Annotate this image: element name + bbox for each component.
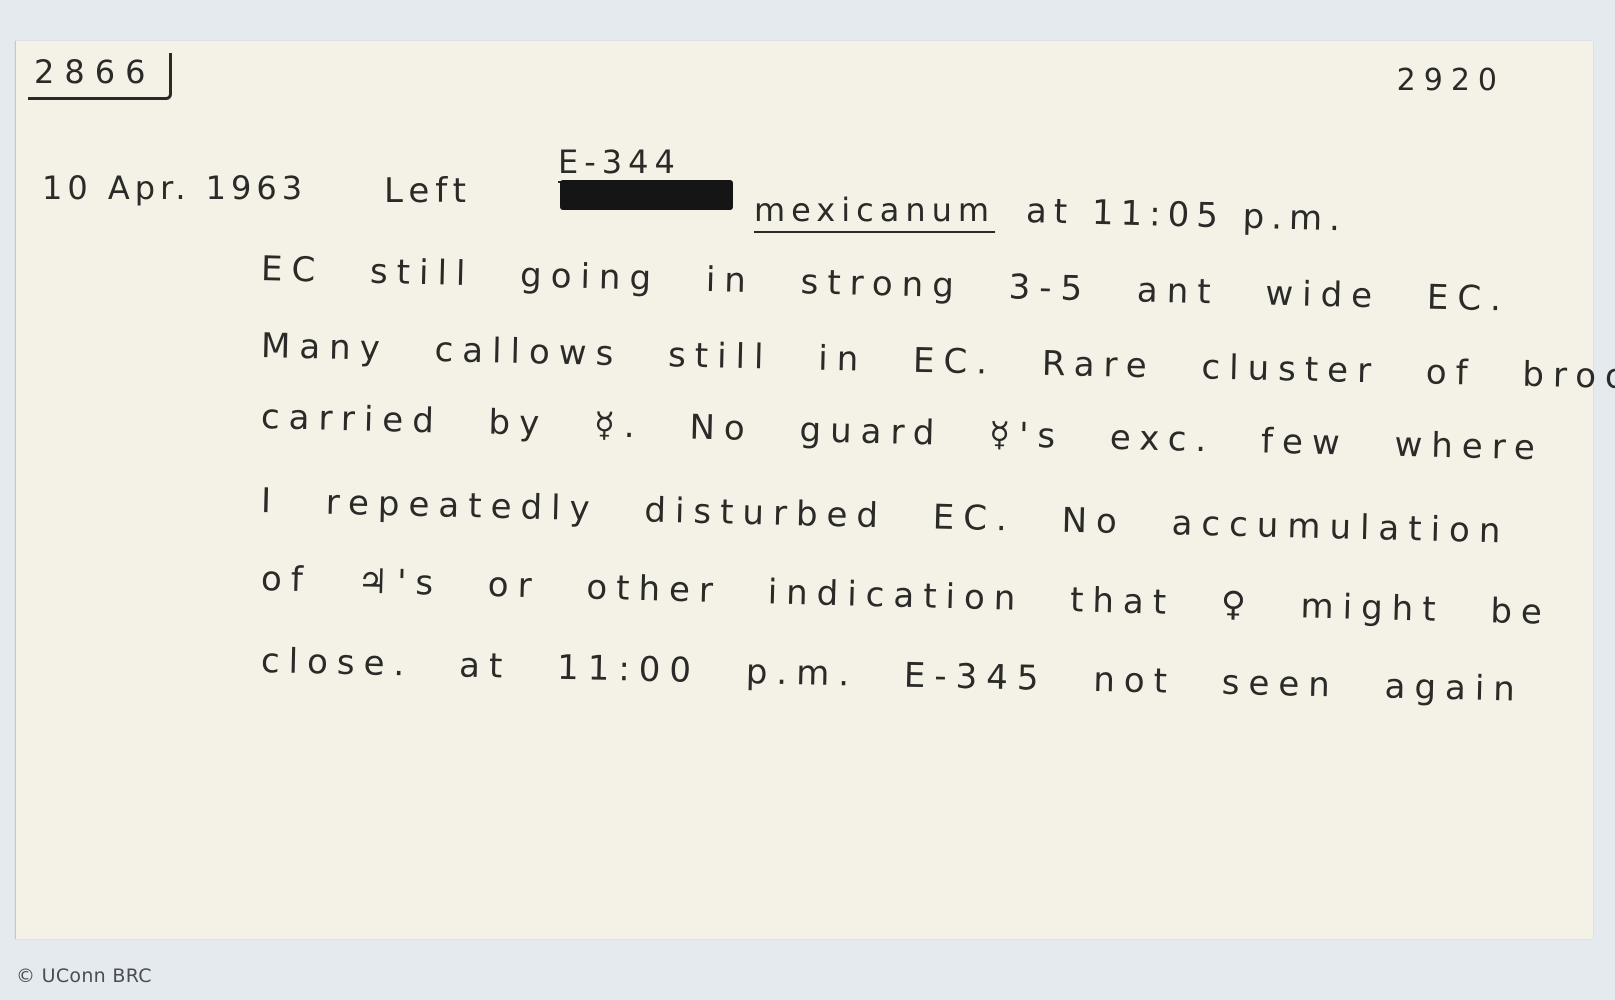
redaction-bar: [560, 180, 733, 210]
departure-time: at 11:05 p.m.: [1025, 191, 1347, 239]
note-line-5: of ♃'s or other indication that ♀ might …: [260, 559, 1551, 633]
note-line-2: Many callows still in EC. Rare cluster o…: [261, 326, 1615, 398]
entry-date: 10 Apr. 1963: [42, 169, 307, 207]
card-number-right: 2920: [1397, 63, 1505, 98]
card-number-left: 2866: [28, 53, 172, 100]
note-line-1: EC still going in strong 3-5 ant wide EC…: [261, 249, 1511, 320]
note-line-6: close. at 11:00 p.m. E-345 not seen agai…: [261, 641, 1525, 710]
note-line-4: I repeatedly disturbed EC. No accumulati…: [261, 481, 1510, 551]
specimen-code: E-344: [558, 143, 681, 183]
copyright-credit: © UConn BRC: [16, 965, 152, 987]
left-word: Left: [384, 171, 472, 211]
index-card: 2866 2920 10 Apr. 1963 Left E-344 mexica…: [15, 41, 1593, 939]
species-name: mexicanum: [754, 191, 995, 229]
note-line-3: carried by ☿. No guard ☿'s exc. few wher…: [261, 397, 1545, 468]
